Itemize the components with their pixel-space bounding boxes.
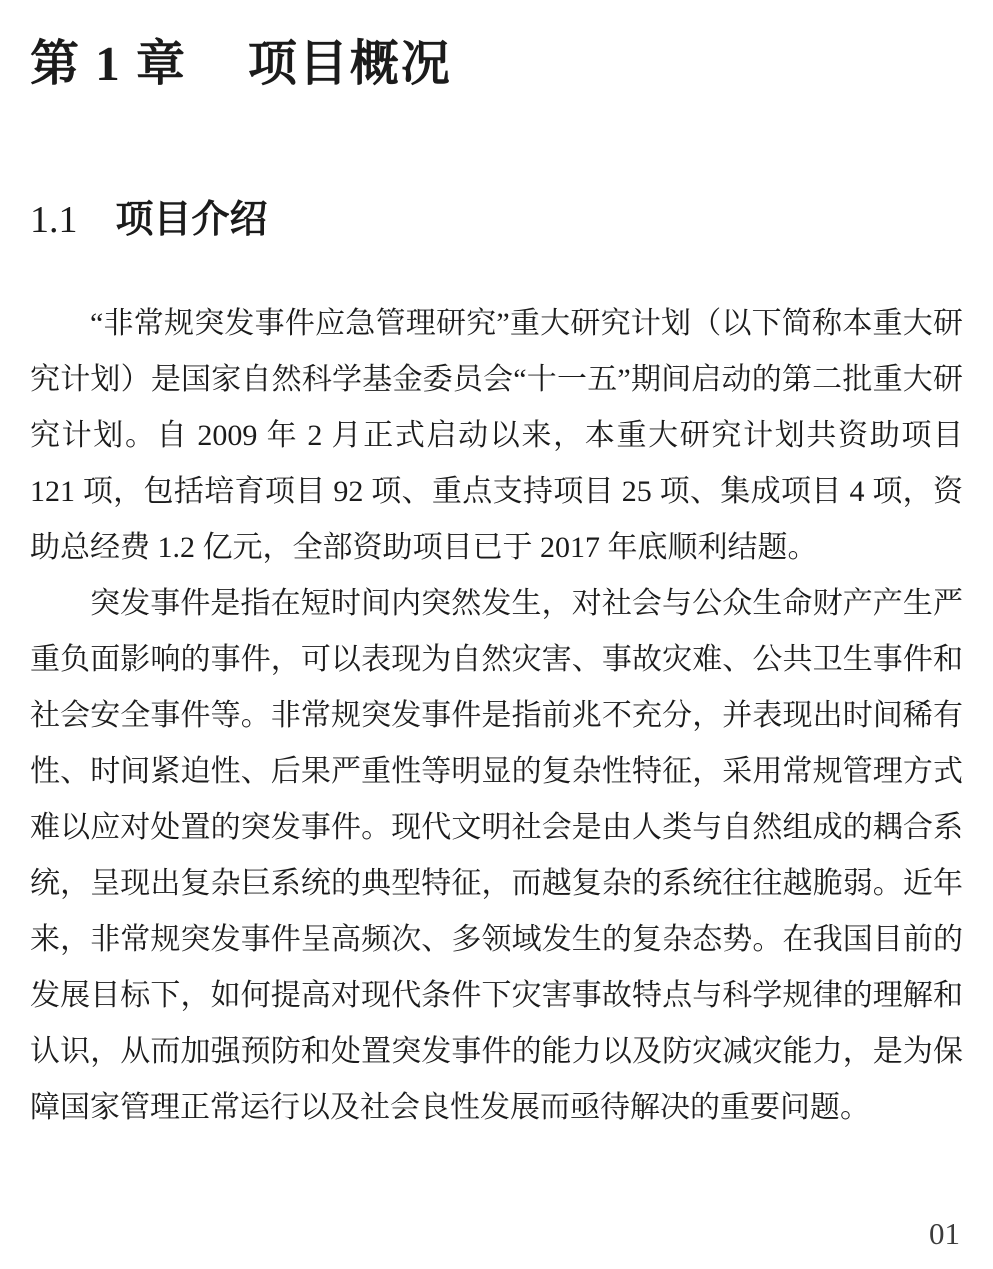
section-number: 1.1 [30, 199, 78, 241]
section-heading: 1.1 项目介绍 [30, 192, 963, 248]
paragraph-emergency-definition: 突发事件是指在短时间内突然发生，对社会与公众生命财产产生严重负面影响的事件，可以… [30, 576, 963, 1136]
body-text: “非常规突发事件应急管理研究”重大研究计划（以下简称本重大研究计划）是国家自然科… [30, 296, 963, 1136]
document-page: 第 1 章 项目概况 1.1 项目介绍 “非常规突发事件应急管理研究”重大研究计… [0, 0, 993, 1269]
page-number: 01 [929, 1218, 960, 1249]
paragraph-project-intro: “非常规突发事件应急管理研究”重大研究计划（以下简称本重大研究计划）是国家自然科… [30, 296, 963, 576]
chapter-name: 项目概况 [248, 36, 452, 91]
section-name: 项目介绍 [116, 199, 268, 241]
chapter-number: 第 1 章 [30, 36, 187, 91]
chapter-title: 第 1 章 项目概况 [0, 0, 993, 100]
